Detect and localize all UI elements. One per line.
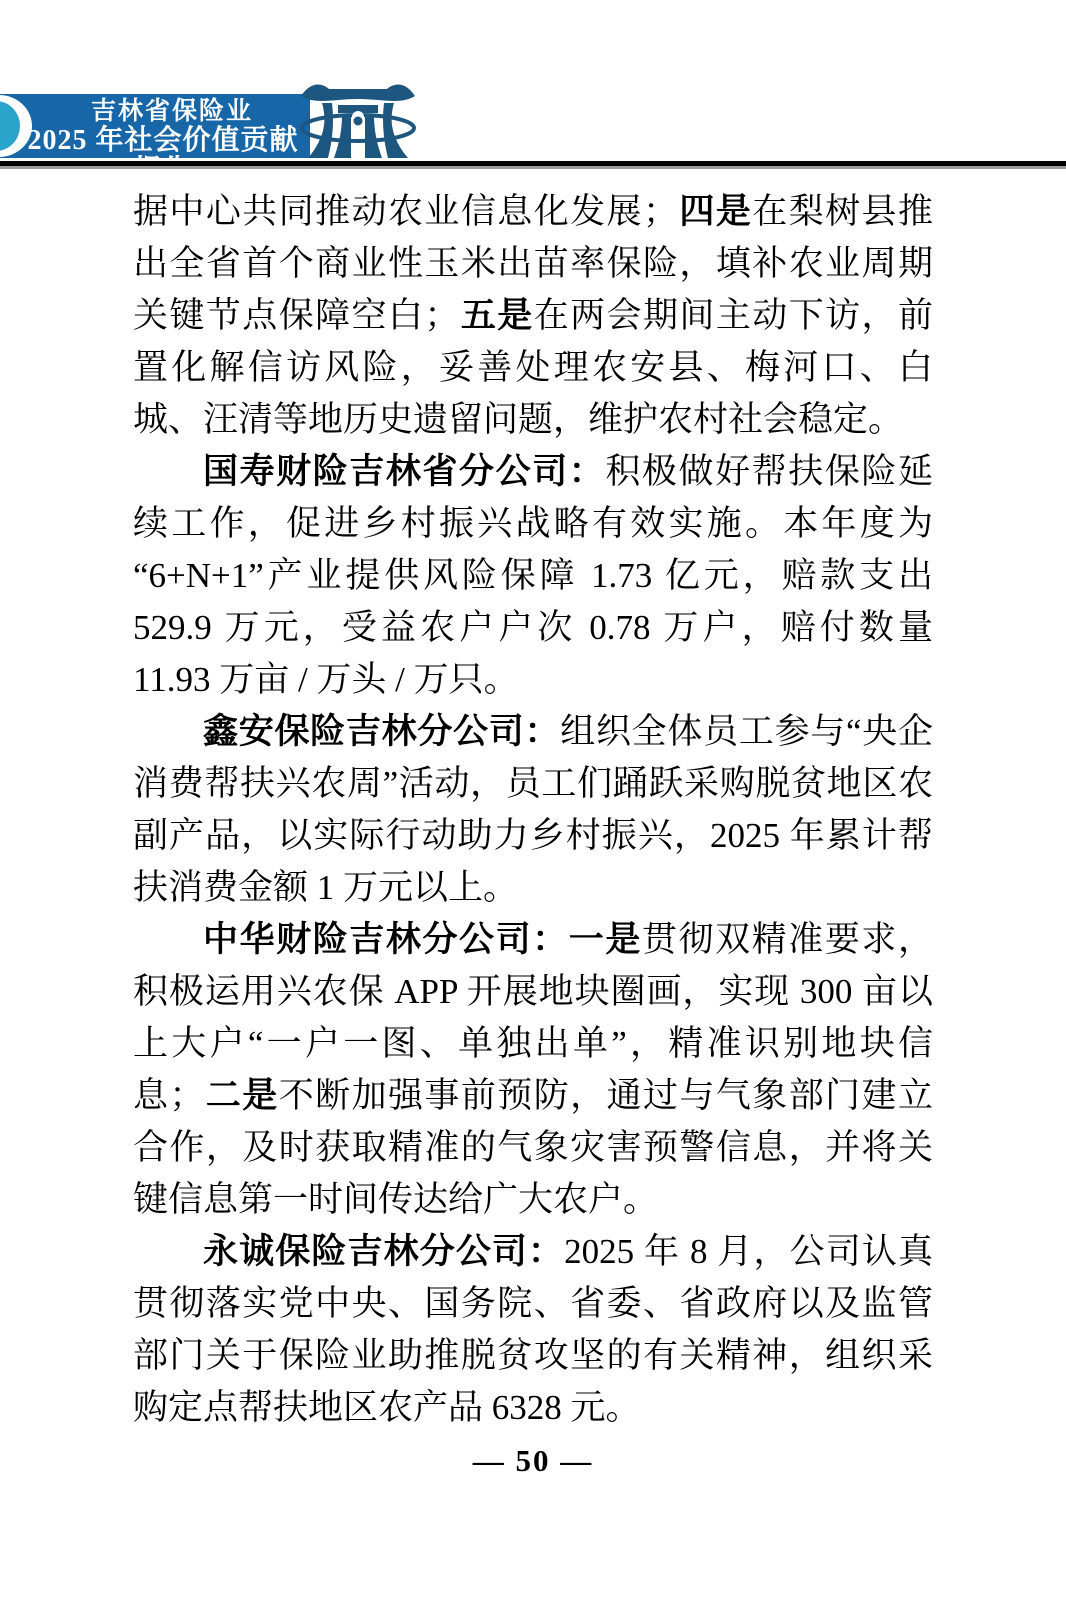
report-page: 吉林省保险业 2025 年社会价值贡献报告 bbox=[0, 0, 1066, 1600]
text-run: 中华财险吉林分公司： bbox=[203, 920, 569, 959]
paragraph: 鑫安保险吉林分公司：组织全体员工参与“央企消费帮扶兴农周”活动，员工们踊跃采购脱… bbox=[133, 706, 933, 914]
text-run: 二是 bbox=[204, 1076, 278, 1115]
document-body: 据中心共同推动农业信息化发展；四是在梨树县推出全省首个商业性玉米出苗率保险，填补… bbox=[133, 186, 933, 1434]
text-run: 五是 bbox=[459, 296, 533, 335]
text-run: 一是 bbox=[569, 920, 642, 959]
paragraph: 中华财险吉林分公司：一是贯彻双精准要求，积极运用兴农保 APP 开展地块圈画，实… bbox=[133, 914, 933, 1226]
text-run: 鑫安保险吉林分公司： bbox=[203, 712, 560, 751]
text-run: 国寿财险吉林省分公司： bbox=[203, 452, 605, 491]
text-run: 四是 bbox=[678, 192, 752, 231]
gate-emblem-icon bbox=[298, 80, 418, 162]
header-divider bbox=[0, 161, 1066, 166]
text-run: 据中心共同推动农业信息化发展； bbox=[133, 192, 678, 231]
paragraph: 永诚保险吉林分公司：2025 年 8 月，公司认真贯彻落实党中央、国务院、省委、… bbox=[133, 1226, 933, 1434]
header-banner: 吉林省保险业 2025 年社会价值贡献报告 bbox=[0, 94, 310, 158]
report-title-line1: 吉林省保险业 bbox=[34, 98, 310, 126]
paragraph: 国寿财险吉林省分公司：积极做好帮扶保险延续工作，促进乡村振兴战略有效实施。本年度… bbox=[133, 446, 933, 706]
text-run: 永诚保险吉林分公司： bbox=[203, 1232, 564, 1271]
paragraph: 据中心共同推动农业信息化发展；四是在梨树县推出全省首个商业性玉米出苗率保险，填补… bbox=[133, 186, 933, 446]
report-title-line2: 2025 年社会价值贡献报告 bbox=[16, 126, 310, 158]
page-number: — 50 — bbox=[0, 1443, 1066, 1479]
